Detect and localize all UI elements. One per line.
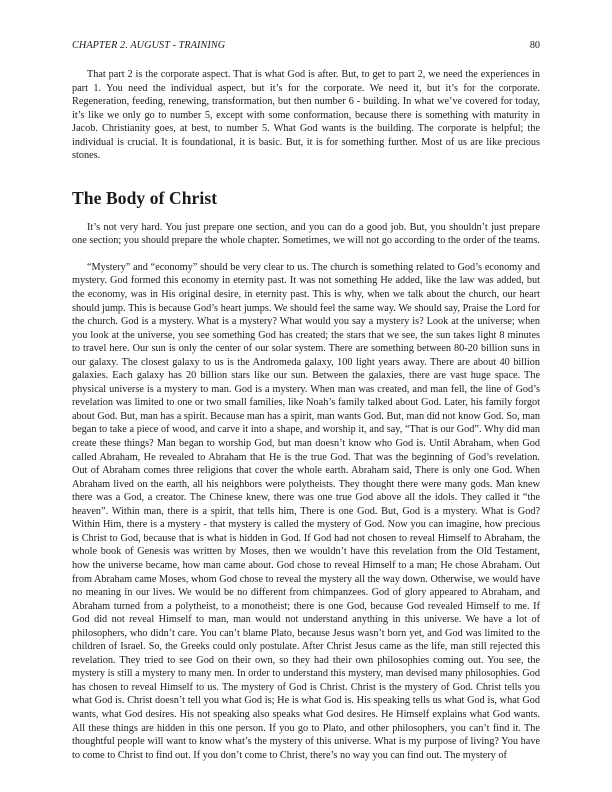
body-paragraph: It’s not very hard. You just prepare one… [72, 221, 540, 248]
body-paragraph: “Mystery” and “economy” should be very c… [72, 261, 540, 762]
document-page: CHAPTER 2. AUGUST - TRAINING 80 That par… [72, 40, 540, 762]
section-heading: The Body of Christ [72, 188, 540, 208]
chapter-title: CHAPTER 2. AUGUST - TRAINING [72, 40, 225, 51]
body-paragraph: That part 2 is the corporate aspect. Tha… [72, 68, 540, 163]
running-header: CHAPTER 2. AUGUST - TRAINING 80 [72, 40, 540, 54]
page-number: 80 [530, 40, 540, 51]
